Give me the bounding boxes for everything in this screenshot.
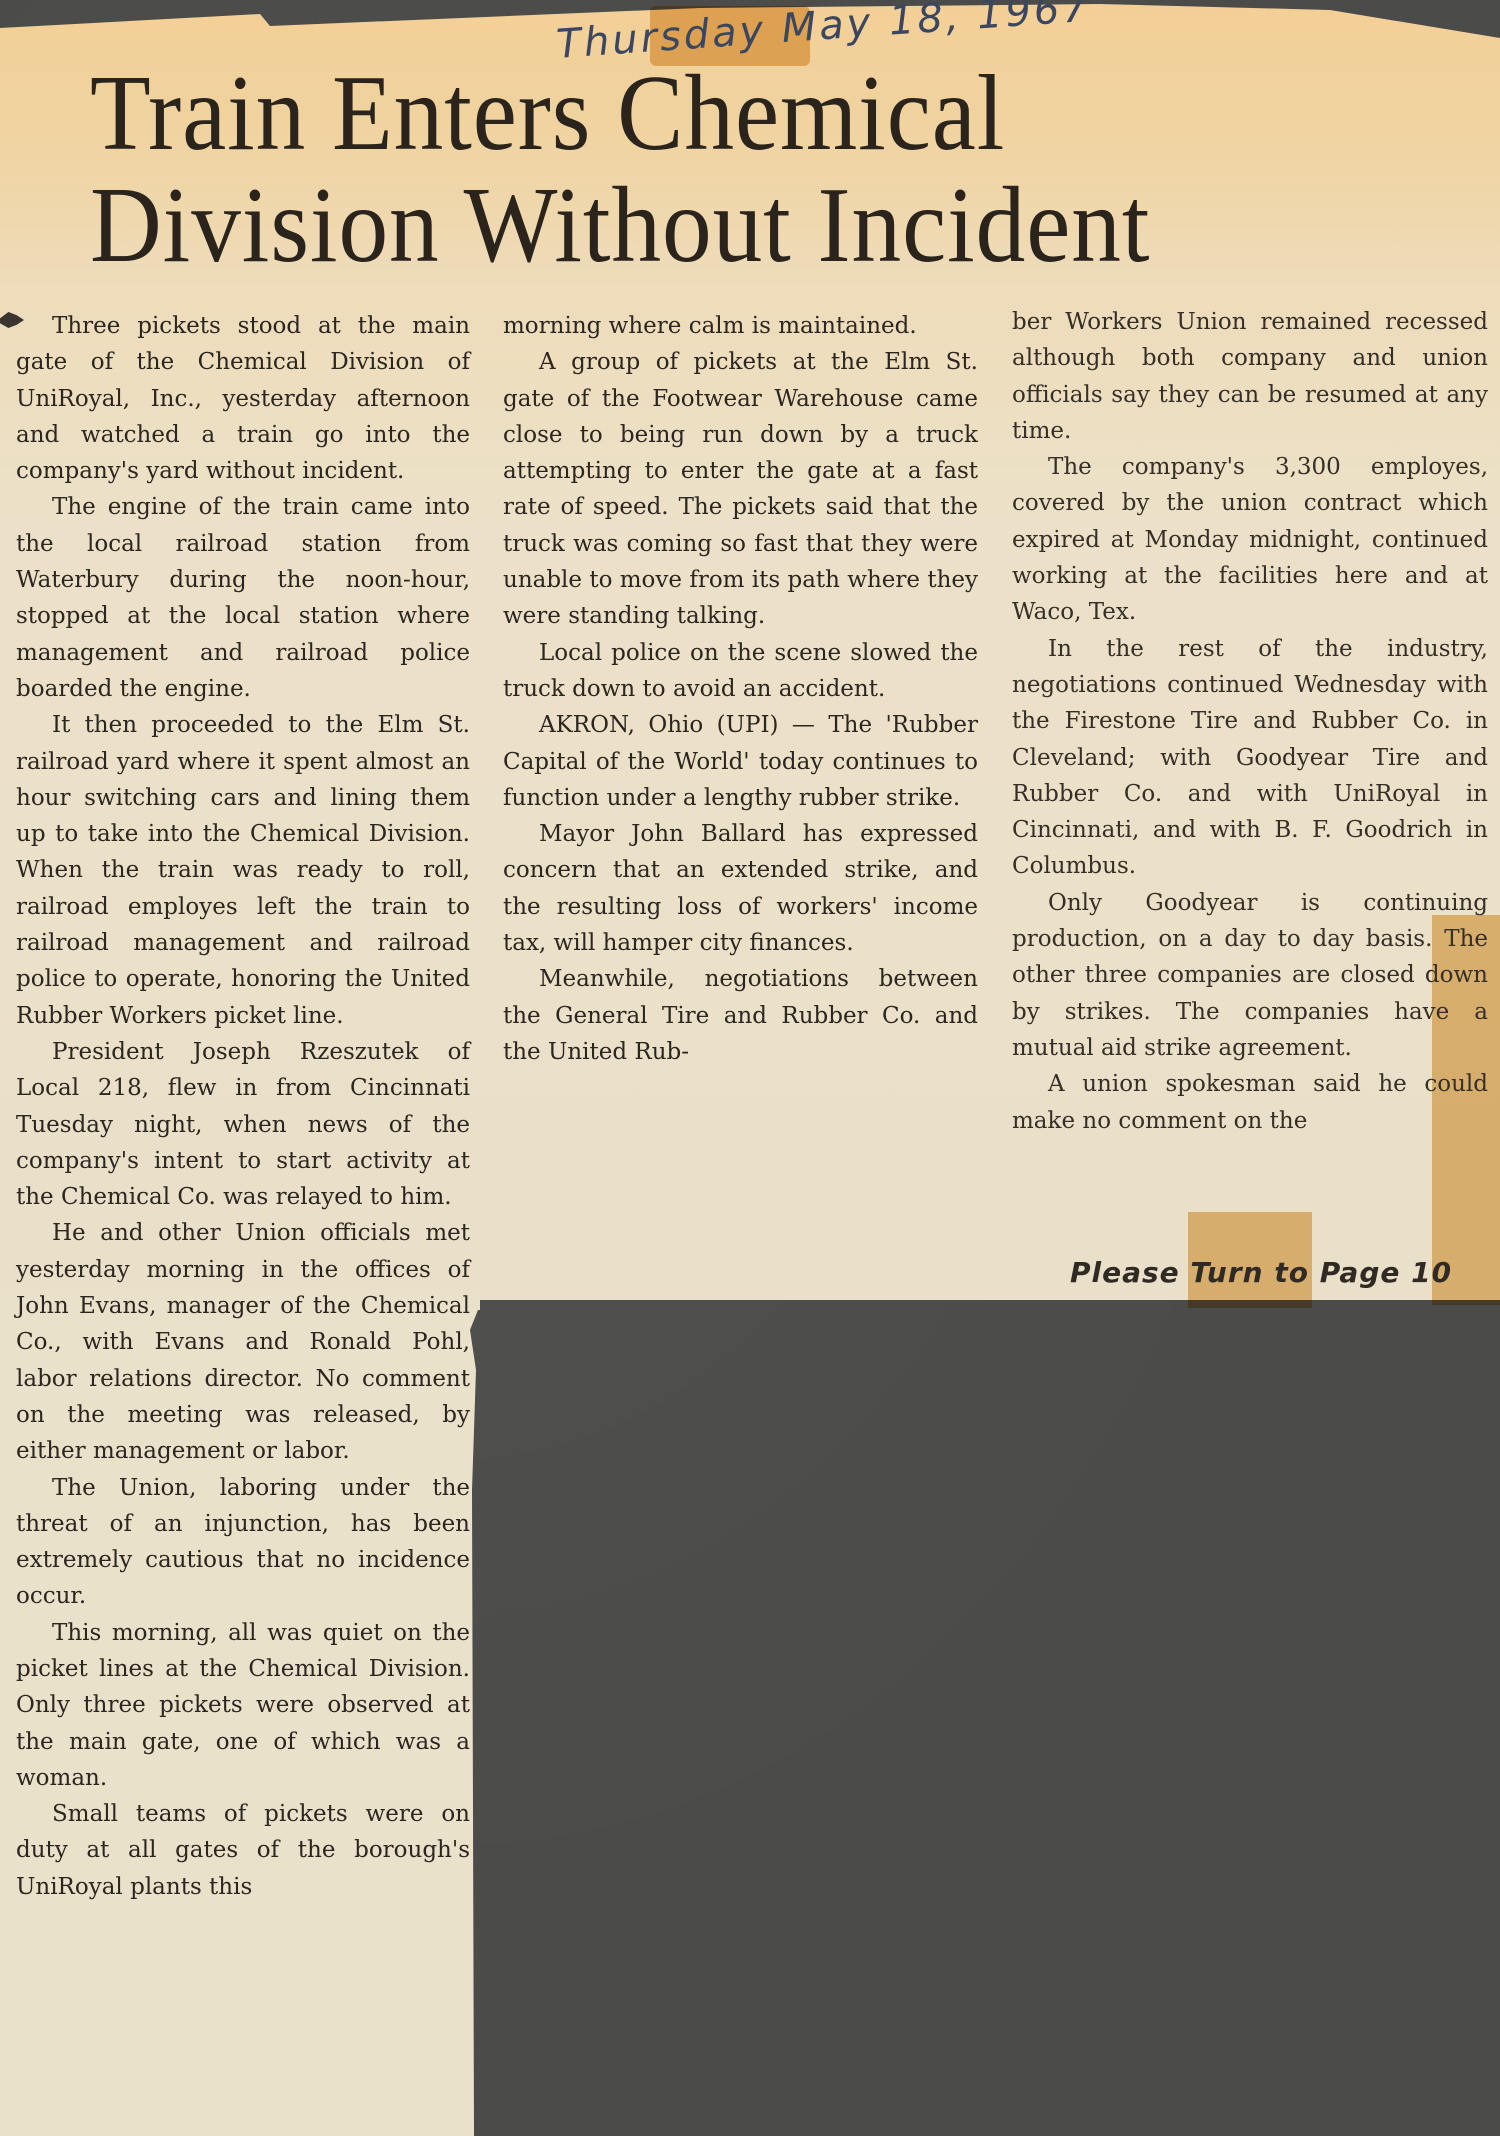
paragraph: It then proceeded to the Elm St. railroa… bbox=[16, 707, 470, 1034]
paragraph: morning where calm is maintained. bbox=[503, 308, 978, 344]
paragraph: Three pickets stood at the main gate of … bbox=[16, 308, 470, 489]
article-column-1: Three pickets stood at the main gate of … bbox=[16, 308, 470, 1905]
article-column-2: morning where calm is maintained. A grou… bbox=[503, 308, 978, 1070]
paragraph: The engine of the train came into the lo… bbox=[16, 489, 470, 707]
paragraph: In the rest of the industry, negotiation… bbox=[1012, 631, 1488, 885]
paragraph: A union spokesman said he could make no … bbox=[1012, 1066, 1488, 1139]
paragraph: The company's 3,300 employes, covered by… bbox=[1012, 449, 1488, 630]
paragraph: Mayor John Ballard has expressed concern… bbox=[503, 816, 978, 961]
paragraph: The Union, laboring under the threat of … bbox=[16, 1470, 470, 1615]
paragraph: Meanwhile, negotiations between the Gene… bbox=[503, 961, 978, 1070]
paragraph: AKRON, Ohio (UPI) — The 'Rubber Capital … bbox=[503, 707, 978, 816]
paragraph: President Joseph Rzeszutek of Local 218,… bbox=[16, 1034, 470, 1215]
paragraph: Small teams of pickets were on duty at a… bbox=[16, 1796, 470, 1905]
paragraph: This morning, all was quiet on the picke… bbox=[16, 1615, 470, 1796]
headline: Train Enters Chemical Division Without I… bbox=[90, 58, 1341, 282]
paragraph: ber Workers Union remained recessed alth… bbox=[1012, 304, 1488, 449]
paragraph: Local police on the scene slowed the tru… bbox=[503, 635, 978, 708]
paragraph: He and other Union officials met yesterd… bbox=[16, 1215, 470, 1469]
paragraph: Only Goodyear is continuing production, … bbox=[1012, 885, 1488, 1066]
article-column-3: ber Workers Union remained recessed alth… bbox=[1012, 304, 1488, 1139]
continuation-note: Please Turn to Page 10 bbox=[1070, 1256, 1452, 1289]
paragraph: A group of pickets at the Elm St. gate o… bbox=[503, 344, 978, 634]
